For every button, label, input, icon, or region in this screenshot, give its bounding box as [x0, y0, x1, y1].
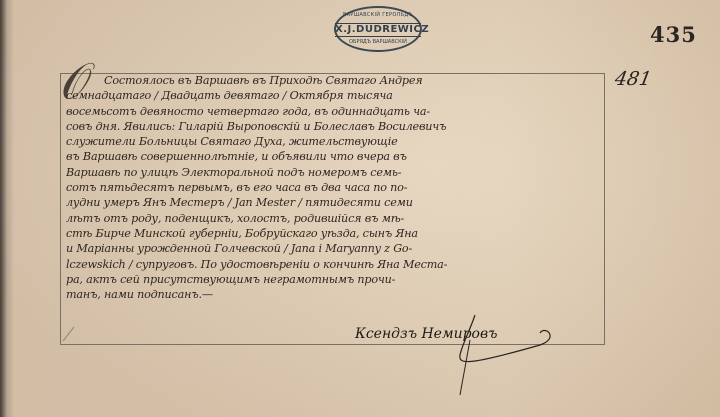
record-line: совъ дня. Явились: Гиларій Выроповскій и… — [66, 119, 606, 134]
record-line: восемьсотъ девяносто четвертаго года, въ… — [66, 104, 606, 119]
record-line: лѣтъ отъ роду, поденщикъ, холостъ, родив… — [66, 211, 606, 226]
record-line: танъ, нами подписанъ.— — [66, 287, 606, 302]
record-line: лудни умеръ Янъ Местеръ / Jan Mester / п… — [66, 195, 606, 210]
record-line: и Маріанны урожденной Голчевской / Jana … — [66, 241, 606, 256]
stamp-top-text: ВАРШАВСКІЙ ГЕРОЛЬДЪ — [336, 12, 420, 18]
record-line: Состоялось въ Варшавѣ въ Приходѣ Святаго… — [66, 73, 606, 88]
record-line: семнадцатаго / Двадцать девятаго / Октяб… — [66, 88, 606, 103]
record-line: въ Варшавѣ совершеннолѣтніе, и объявили … — [66, 149, 606, 164]
record-line: служители Больницы Святаго Духа, жительс… — [66, 134, 606, 149]
margin-check-icon — [62, 325, 76, 343]
office-stamp: ВАРШАВСКІЙ ГЕРОЛЬДЪ X.J.DUDREWICZ ОБРЯДЪ… — [334, 6, 422, 52]
record-body: Состоялось въ Варшавѣ въ Приходѣ Святаго… — [66, 73, 606, 302]
record-line: lczewskich / супруговъ. По удостовѣреніи… — [66, 257, 606, 272]
record-line: Варшавѣ по улицѣ Электоральной подъ номе… — [66, 165, 606, 180]
signature: Ксендзъ Немировъ — [355, 326, 497, 342]
record-number: 481 — [613, 68, 653, 90]
stamp-bottom-text: ОБРЯДЪ ВАРШАВСКІЙ — [336, 39, 420, 45]
stamp-center-text: X.J.DUDREWICZ — [335, 23, 421, 37]
record-line: ра, актъ сей присутствующимъ неграмотным… — [66, 272, 606, 287]
record-line: сотъ пятьдесятъ первымъ, въ его часа въ … — [66, 180, 606, 195]
record-line: стѣ Бирче Минской губерніи, Бобруйскаго … — [66, 226, 606, 241]
page-number: 435 — [650, 22, 697, 47]
